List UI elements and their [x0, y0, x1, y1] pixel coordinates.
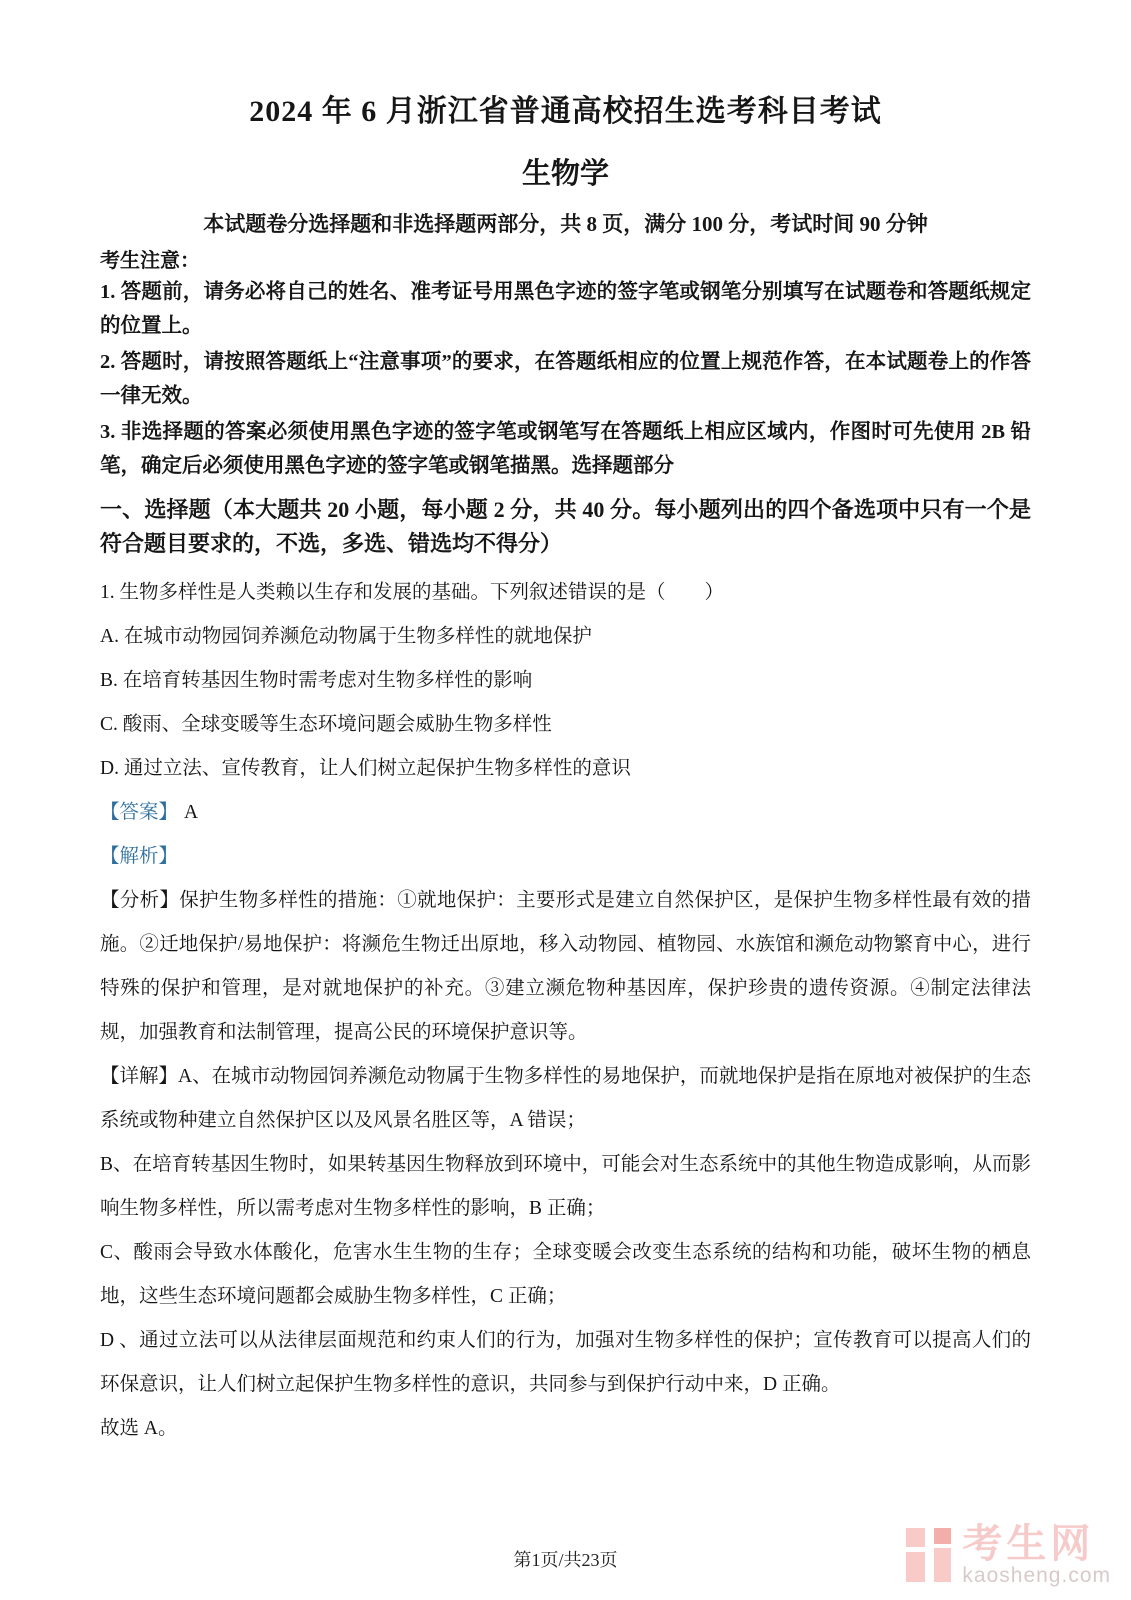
question-stem: 1. 生物多样性是人类赖以生存和发展的基础。下列叙述错误的是（ ） — [100, 571, 1031, 615]
option-c: C. 酸雨、全球变暖等生态环境问题会威胁生物多样性 — [100, 703, 1031, 747]
watermark: 考生网 kaosheng.com — [906, 1524, 1111, 1588]
conclusion: 故选 A。 — [100, 1407, 1031, 1451]
option-b: B. 在培育转基因生物时需考虑对生物多样性的影响 — [100, 659, 1031, 703]
analysis-label: 【解析】 — [100, 835, 1031, 879]
answer-line: 【答案】A — [100, 791, 1031, 835]
kaosheng-logo-icon — [906, 1528, 954, 1584]
subject-title: 生物学 — [100, 154, 1031, 194]
exam-title: 2024 年 6 月浙江省普通高校招生选考科目考试 — [100, 92, 1031, 132]
detail-paragraph-c: C、酸雨会导致水体酸化，危害水生生物的生存；全球变暖会改变生态系统的结构和功能，… — [100, 1231, 1031, 1319]
option-a: A. 在城市动物园饲养濒危动物属于生物多样性的就地保护 — [100, 615, 1031, 659]
answer-label: 【答案】 — [100, 802, 178, 823]
notice-item-2: 2. 答题时，请按照答题纸上“注意事项”的要求，在答题纸相应的位置上规范作答，在… — [100, 346, 1031, 413]
detail-paragraph-a: 【详解】A、在城市动物园饲养濒危动物属于生物多样性的易地保护，而就地保护是指在原… — [100, 1055, 1031, 1143]
option-d: D. 通过立法、宣传教育，让人们树立起保护生物多样性的意识 — [100, 747, 1031, 791]
detail-paragraph-d: D 、通过立法可以从法律层面规范和约束人们的行为，加强对生物多样性的保护；宣传教… — [100, 1319, 1031, 1407]
question-block: 1. 生物多样性是人类赖以生存和发展的基础。下列叙述错误的是（ ） A. 在城市… — [100, 571, 1031, 1451]
page-content: 2024 年 6 月浙江省普通高校招生选考科目考试 生物学 本试题卷分选择题和非… — [100, 92, 1031, 1451]
notice-item-3: 3. 非选择题的答案必须使用黑色字迹的签字笔或钢笔写在答题纸上相应区域内，作图时… — [100, 416, 1031, 483]
exam-paper-page: 2024 年 6 月浙江省普通高校招生选考科目考试 生物学 本试题卷分选择题和非… — [0, 0, 1131, 1600]
section-heading: 一、选择题（本大题共 20 小题，每小题 2 分，共 40 分。每小题列出的四个… — [100, 493, 1031, 561]
detail-paragraph-b: B、在培育转基因生物时，如果转基因生物释放到环境中，可能会对生态系统中的其他生物… — [100, 1143, 1031, 1231]
notice-item-1: 1. 答题前，请务必将自己的姓名、准考证号用黑色字迹的签字笔或钢笔分别填写在试题… — [100, 276, 1031, 343]
exam-info: 本试题卷分选择题和非选择题两部分，共 8 页，满分 100 分，考试时间 90 … — [100, 208, 1031, 240]
watermark-site-url: kaosheng.com — [962, 1564, 1111, 1588]
notice-heading: 考生注意： — [100, 246, 1031, 276]
analysis-paragraph: 【分析】保护生物多样性的措施：①就地保护：主要形式是建立自然保护区，是保护生物多… — [100, 879, 1031, 1055]
watermark-text: 考生网 kaosheng.com — [962, 1524, 1111, 1588]
answer-value: A — [184, 802, 198, 823]
watermark-site-name: 考生网 — [962, 1524, 1111, 1564]
